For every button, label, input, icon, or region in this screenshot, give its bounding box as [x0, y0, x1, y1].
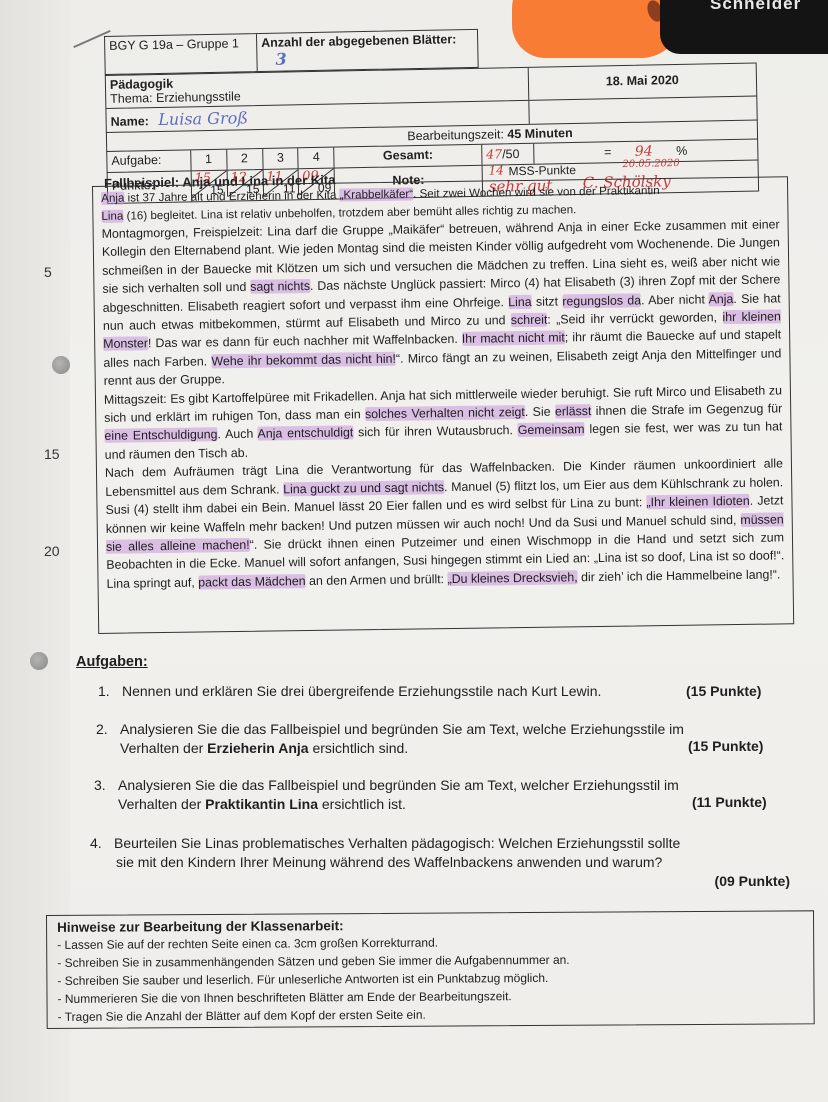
time-label: Bearbeitungszeit:	[407, 127, 504, 143]
task-number: 4.	[90, 834, 114, 853]
punch-hole	[30, 652, 48, 670]
exam-date: 18. Mai 2020	[528, 63, 756, 99]
tasks-title: Aufgaben:	[76, 654, 148, 670]
line-number: 5	[44, 264, 52, 280]
task-points: (11 Punkte)	[692, 793, 767, 812]
instructions-box: Hinweise zur Bearbeitung der Klassenarbe…	[46, 910, 815, 1029]
sheets-count-field: Anzahl der abgegebenen Blätter: 3	[257, 30, 478, 71]
grade-date: 20.05.2020	[622, 158, 679, 170]
mss-value: 14	[488, 163, 504, 177]
task-number: 3.	[94, 776, 118, 795]
task-number: 2	[227, 149, 263, 170]
time-value: 45 Minuten	[507, 126, 573, 141]
name-label: Name:	[111, 114, 149, 129]
task-text: Nennen und erklären Sie drei übergreifen…	[122, 683, 601, 699]
task-item-4: 4.Beurteilen Sie Linas problematisches V…	[90, 834, 790, 891]
total-score: 47/50	[482, 144, 534, 165]
task-text: sie mit den Kindern Ihrer Meinung währen…	[90, 853, 790, 872]
marker-brand: Schneider	[710, 0, 801, 14]
task-text: Beurteilen Sie Linas problematisches Ver…	[114, 835, 680, 851]
task-number: 3	[263, 148, 299, 169]
task-text: Analysieren Sie die das Fallbeispiel und…	[118, 777, 679, 793]
task-points: (15 Punkte)	[688, 737, 763, 756]
task-text: Verhalten der	[118, 796, 205, 812]
line-number: 20	[44, 543, 60, 559]
punch-hole	[52, 356, 70, 374]
task-text-bold: Erzieherin Anja	[207, 740, 308, 756]
exam-sheet: BGY G 19a – Gruppe 1 Anzahl der abgegebe…	[0, 0, 828, 1102]
total-label: Gesamt:	[335, 145, 483, 168]
case-paragraph: Mittagszeit: Es gibt Kartoffelpüree mit …	[104, 381, 783, 464]
student-name: Luisa Groß	[158, 108, 248, 129]
case-study-text: Anja ist 37 Jahre alt und Erzieherin in …	[92, 176, 794, 634]
task-text: ersichtlich sind.	[309, 740, 409, 756]
class-group: BGY G 19a – Gruppe 1	[105, 34, 258, 74]
empty-cell	[529, 96, 757, 123]
task-item-2: 2.Analysieren Sie die das Fallbeispiel u…	[96, 720, 786, 758]
task-item-3: 3.Analysieren Sie die das Fallbeispiel u…	[94, 776, 789, 814]
task-number: 2.	[96, 720, 120, 739]
case-paragraph: Nach dem Aufräumen trägt Lina die Verant…	[105, 455, 785, 593]
equals-sign: =	[604, 145, 612, 159]
sheets-label: Anzahl der abgegebenen Blätter:	[261, 32, 456, 50]
percent-sign: %	[676, 144, 687, 158]
task-text-bold: Praktikantin Lina	[205, 796, 318, 812]
task-item-1: 1.Nennen und erklären Sie drei übergreif…	[98, 682, 788, 701]
total-max: /50	[502, 147, 520, 161]
task-label: Aufgabe:	[107, 150, 191, 172]
instruction-item: - Tragen Sie die Anzahl der Blätter auf …	[58, 1003, 804, 1026]
task-text: ersichtlich ist.	[318, 796, 406, 812]
case-paragraph: Montagmorgen, Freispielzeit: Lina darf d…	[102, 215, 782, 390]
line-number: 15	[44, 446, 60, 462]
task-points: (15 Punkte)	[686, 682, 761, 701]
task-text: Analysieren Sie die das Fallbeispiel und…	[120, 721, 684, 737]
total-got: 47	[486, 146, 502, 161]
sheets-value: 3	[275, 50, 287, 69]
task-number: 4	[299, 148, 335, 169]
task-points: (09 Punkte)	[90, 872, 790, 891]
task-number: 1.	[98, 682, 122, 701]
task-number: 1	[191, 150, 227, 171]
percent-value: 94	[635, 143, 653, 159]
task-text: Verhalten der	[120, 740, 207, 756]
